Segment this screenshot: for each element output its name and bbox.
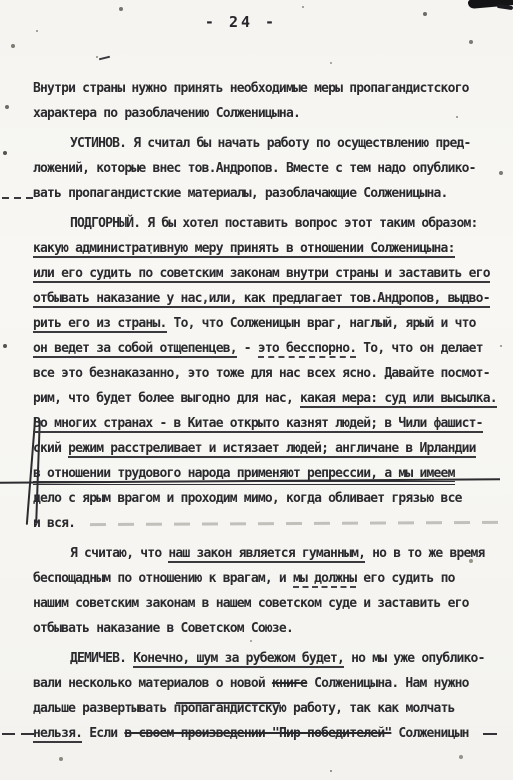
text-segment: То, что он делает xyxy=(356,341,482,356)
text-line: Я считаю, что наш закон является гуманны… xyxy=(33,541,499,566)
text-segment: рим, что будет более выгодно для нас, xyxy=(33,391,300,406)
text-line: и вся. xyxy=(33,511,499,536)
paragraph: УСТИНОВ. Я считал бы начать работу по ос… xyxy=(33,131,499,206)
text-segment: Я считаю, что xyxy=(70,546,168,561)
text-line: дальше развертывать пропагандистскую раб… xyxy=(33,696,499,721)
text-segment: и вся. xyxy=(33,516,75,531)
text-segment: ПОДГОРНЫЙ. Я бы хотел поставить вопрос э… xyxy=(70,216,478,231)
text-segment: все это безнаказанно, это тоже для нас в… xyxy=(33,366,490,381)
annotated-text-segment: мы должны xyxy=(293,571,356,588)
text-line: ДЕМИЧЕВ. Конечно, шум за рубежом будет, … xyxy=(33,646,499,671)
scan-noise-dots xyxy=(0,0,2,2)
paragraph: ПОДГОРНЫЙ. Я бы хотел поставить вопрос э… xyxy=(33,211,499,536)
text-segment: Если xyxy=(82,726,124,741)
text-segment: УСТИНОВ. Я считал бы начать работу по ос… xyxy=(70,136,471,151)
paragraph: Я считаю, что наш закон является гуманны… xyxy=(33,541,499,641)
text-line: рить его из страны. То, что Солженицын в… xyxy=(33,311,499,336)
text-line: рим, что будет более выгодно для нас, ка… xyxy=(33,386,499,411)
annotated-text-segment: он ведет за собой отщепенцев, xyxy=(33,341,237,358)
pen-tick-mark xyxy=(99,56,110,61)
text-line: вали несколько материалов о новой книге … xyxy=(33,671,499,696)
text-segment: - xyxy=(237,341,258,356)
text-line: отбывать наказание у нас,или, как предла… xyxy=(33,286,499,311)
corner-ink-mark xyxy=(497,4,513,10)
text-segment: нашим советским законам в нашем советско… xyxy=(33,596,469,611)
text-segment: вать пропагандистские материалы, разобла… xyxy=(33,186,448,201)
scanned-page: - 24 - Внутри страны нужно принять необх… xyxy=(0,0,513,780)
text-line: в отношении трудового народа применяют р… xyxy=(33,461,499,486)
paragraph: Внутри страны нужно принять необходимые … xyxy=(33,76,499,126)
text-segment: вали несколько материалов о новой xyxy=(33,676,272,691)
text-line: нельзя. Если в своем произведении "Пир п… xyxy=(33,721,499,746)
text-segment: беспощадным по отношению к врагам, и xyxy=(33,571,293,586)
text-line: все это безнаказанно, это тоже для нас в… xyxy=(33,361,499,386)
annotated-text-segment: какая мера: суд или высылка. xyxy=(300,391,497,408)
annotated-text-segment: какую административную меру принять в от… xyxy=(33,241,455,258)
text-segment: ский xyxy=(33,441,68,456)
text-segment: дело с ярым врагом и проходим мимо, когд… xyxy=(33,491,462,506)
annotated-text-segment: режим расстреливает и истязает людей; ан… xyxy=(68,441,476,458)
text-segment: дальше развертывать xyxy=(33,701,174,716)
annotated-text-segment: наш закон является гуманным, xyxy=(168,546,365,563)
document-body: Внутри страны нужно принять необходимые … xyxy=(33,76,499,751)
text-segment: То, что Солженицын враг, наглый, ярый и … xyxy=(167,316,476,331)
margin-dash-mark xyxy=(2,733,34,735)
text-segment: его судить по xyxy=(356,571,454,586)
text-line: вать пропагандистские материалы, разобла… xyxy=(33,181,499,206)
annotated-text-segment: отбывать наказание у нас,или, как предла… xyxy=(33,291,490,308)
text-segment: характера по разоблачению Солженицына. xyxy=(33,106,300,121)
annotated-text-segment: в своем произведении "Пир победителей" xyxy=(124,726,391,741)
text-line: нашим советским законам в нашем советско… xyxy=(33,591,499,616)
text-line: ский режим расстреливает и истязает люде… xyxy=(33,436,499,461)
annotated-text-segment: книге xyxy=(272,676,307,691)
text-segment: но в то же время xyxy=(365,546,484,561)
page-number: - 24 - xyxy=(0,13,482,31)
text-segment: Солженицын xyxy=(391,726,468,741)
text-line: дело с ярым врагом и проходим мимо, когд… xyxy=(33,486,499,511)
paragraph: ДЕМИЧЕВ. Конечно, шум за рубежом будет, … xyxy=(33,646,499,746)
text-line: он ведет за собой отщепенцев, - это бесс… xyxy=(33,336,499,361)
text-segment: работу, так как молчать xyxy=(286,701,455,716)
text-line: отбывать наказание в Советском Союзе. xyxy=(33,616,499,641)
text-segment: ДЕМИЧЕВ. xyxy=(70,651,133,666)
text-line: характера по разоблачению Солженицына. xyxy=(33,101,499,126)
annotated-text-segment: Конечно, шум за рубежом будет, xyxy=(133,651,344,668)
annotated-text-segment: рить его из страны. xyxy=(33,316,167,333)
annotated-text-segment: в отношении трудового народа применяют р… xyxy=(33,466,455,485)
text-line: ложений, которые внес тов.Андропов. Вмес… xyxy=(33,156,499,181)
text-segment: Солженицына. Нам нужно xyxy=(307,676,469,691)
annotated-text-segment: это бесспорно. xyxy=(258,341,356,358)
text-line: УСТИНОВ. Я считал бы начать работу по ос… xyxy=(33,131,499,156)
text-segment: отбывать наказание в Советском Союзе. xyxy=(33,621,293,636)
margin-dash-mark xyxy=(2,197,35,199)
text-segment: Внутри страны нужно принять необходимые … xyxy=(33,81,469,96)
annotated-text-segment: пропагандистскую xyxy=(174,701,286,716)
annotated-text-segment: нельзя. xyxy=(33,726,82,743)
annotated-text-segment: Во многих странах - в Китае открыто казн… xyxy=(33,416,483,433)
text-line: Внутри страны нужно принять необходимые … xyxy=(33,76,499,101)
text-line: беспощадным по отношению к врагам, и мы … xyxy=(33,566,499,591)
text-line: или его судить по советским законам внут… xyxy=(33,261,499,286)
text-segment: но мы уже опублико- xyxy=(344,651,485,666)
text-line: Во многих странах - в Китае открыто казн… xyxy=(33,411,499,436)
annotated-text-segment: или его судить по советским законам внут… xyxy=(33,266,490,283)
text-line: ПОДГОРНЫЙ. Я бы хотел поставить вопрос э… xyxy=(33,211,499,236)
text-segment: ложений, которые внес тов.Андропов. Вмес… xyxy=(33,161,476,176)
text-line: какую административную меру принять в от… xyxy=(33,236,499,261)
